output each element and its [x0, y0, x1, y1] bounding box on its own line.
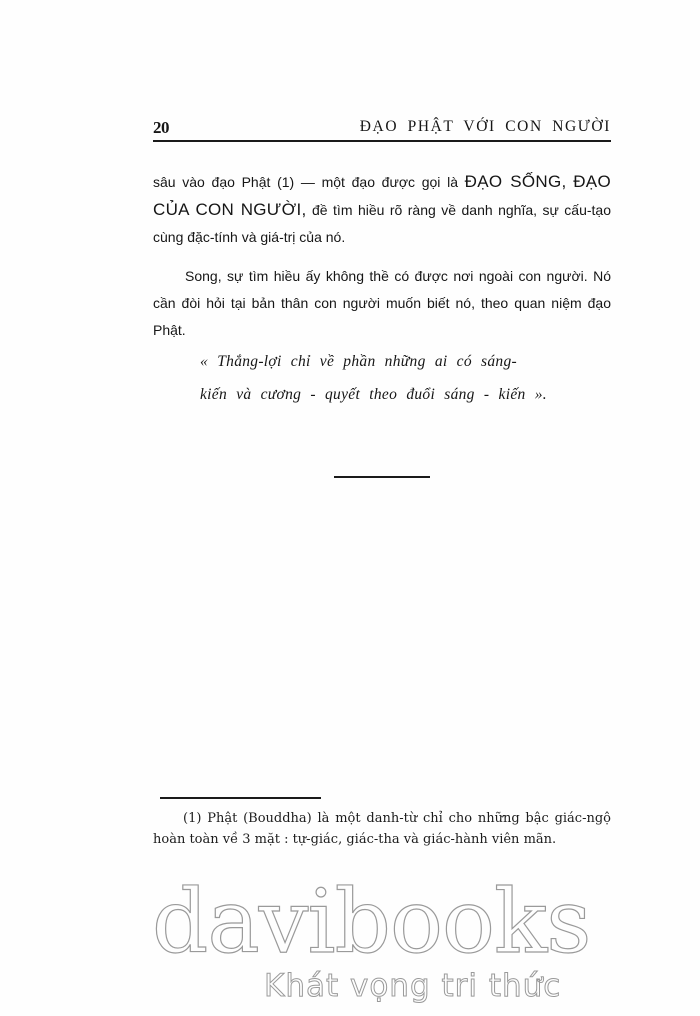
paragraph-1-part-a: sâu vào đạo Phật (1) — một đạo được gọi …: [153, 174, 465, 190]
watermark: davibooks Khát vọng tri thức: [0, 0, 700, 1016]
watermark-brand: davibooks: [152, 878, 590, 966]
footnote-rule: [160, 797, 321, 799]
running-title: ĐẠO PHẬT VỚI CON NGƯỜI: [360, 118, 611, 136]
running-head: 20 ĐẠO PHẬT VỚI CON NGƯỜI: [153, 116, 611, 138]
header-rule: [153, 140, 611, 142]
footnote: (1) Phật (Bouddha) là một danh-từ chỉ ch…: [153, 808, 611, 850]
body-text: sâu vào đạo Phật (1) — một đạo được gọi …: [153, 168, 611, 344]
quotation-line-2: kiến và cương - quyết theo đuổi sáng - k…: [200, 378, 590, 411]
footnote-text: (1) Phật (Bouddha) là một danh-từ chỉ ch…: [153, 808, 611, 850]
paragraph-1-caps-a: ĐẠO SỐNG,: [465, 172, 567, 191]
paragraph-1: sâu vào đạo Phật (1) — một đạo được gọi …: [153, 168, 611, 251]
quotation-line-1: « Thắng-lợi chỉ về phần những ai có sáng…: [200, 345, 590, 378]
quotation: « Thắng-lợi chỉ về phần những ai có sáng…: [200, 345, 590, 411]
page-number: 20: [153, 118, 169, 138]
paragraph-2: Song, sự tìm hiều ấy không thề có được n…: [153, 263, 611, 344]
section-divider: [334, 476, 430, 478]
book-page: 20 ĐẠO PHẬT VỚI CON NGƯỜI sâu vào đạo Ph…: [0, 0, 700, 1016]
watermark-tagline: Khát vọng tri thức: [264, 968, 561, 1004]
